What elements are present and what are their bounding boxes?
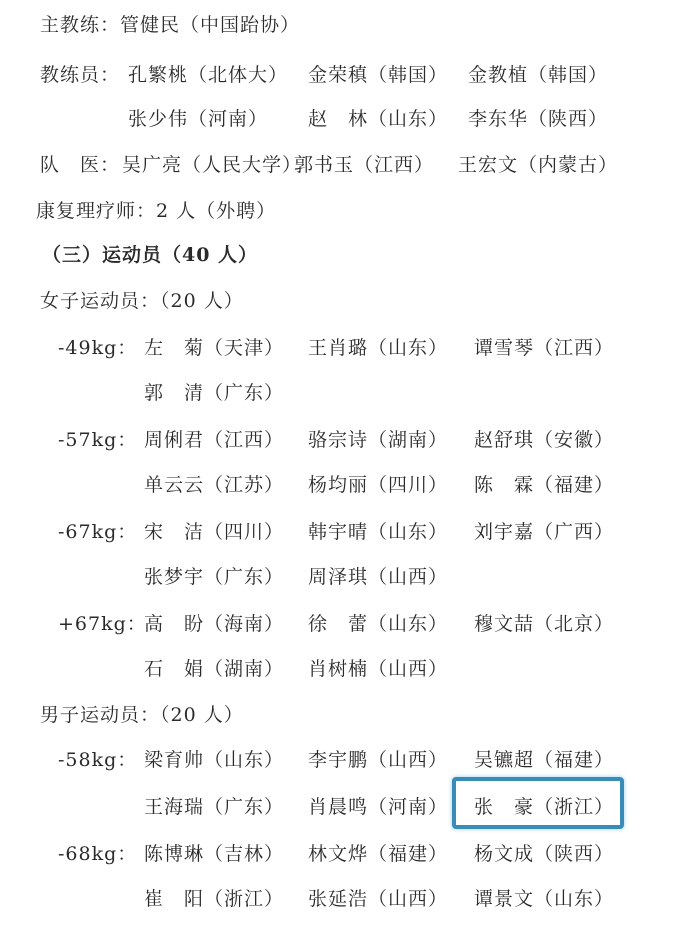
athlete-entry: 肖晨鸣（河南）: [308, 792, 448, 819]
athlete-entry: 陈博琳（吉林）: [144, 839, 284, 866]
athlete-entry: 宋 洁（四川）: [144, 517, 284, 544]
head-coach-line: 主教练：管健民（中国跆协）: [40, 10, 300, 37]
athlete-entry: 张梦宇（广东）: [144, 562, 284, 589]
weight-class-label: -49kg：: [58, 333, 137, 360]
coach-entry: 金教植（韩国）: [468, 60, 608, 87]
athlete-entry: 周俐君（江西）: [144, 425, 284, 452]
athlete-entry: 徐 蕾（山东）: [308, 609, 448, 636]
athlete-entry: 穆文喆（北京）: [474, 609, 614, 636]
athlete-entry: 赵舒琪（安徽）: [474, 425, 614, 452]
coach-entry: 孔繁桃（北体大）: [128, 60, 288, 87]
athletes-heading: （三）运动员（40 人）: [42, 240, 258, 267]
athlete-entry: 崔 阳（浙江）: [144, 884, 284, 911]
athlete-entry: 郭 清（广东）: [144, 378, 284, 405]
athlete-entry: 杨文成（陕西）: [474, 839, 614, 866]
athlete-entry: 高 盼（海南）: [144, 609, 284, 636]
coach-entry: 赵 林（山东）: [308, 104, 448, 131]
weight-class-label: +67kg：: [58, 609, 147, 636]
coach-entry: 张少伟（河南）: [128, 104, 268, 131]
doctor-entry: 吴广亮（人民大学）: [122, 150, 302, 177]
coach-entry: 李东华（陕西）: [468, 104, 608, 131]
athlete-entry: 谭雪琴（江西）: [474, 333, 614, 360]
athlete-entry: 张延浩（山西）: [308, 884, 448, 911]
athlete-entry: 李宇鹏（山西）: [308, 745, 448, 772]
men-heading: 男子运动员：（20 人）: [40, 700, 244, 727]
athlete-entry: 刘宇嘉（广西）: [474, 517, 614, 544]
athlete-entry: 单云云（江苏）: [144, 470, 284, 497]
athlete-entry: 王肖璐（山东）: [308, 333, 448, 360]
women-heading: 女子运动员：（20 人）: [40, 286, 244, 313]
head-coach-label: 主教练：: [40, 14, 120, 36]
therapists-value: 2 人（外聘）: [156, 200, 276, 222]
athlete-entry: 肖树楠（山西）: [308, 654, 448, 681]
athlete-entry: 谭景文（山东）: [474, 884, 614, 911]
coaches-label: 教练员：: [40, 60, 120, 87]
doctor-entry: 王宏文（内蒙古）: [458, 150, 618, 177]
athlete-entry: 陈 霖（福建）: [474, 470, 614, 497]
therapists-line: 康复理疗师：2 人（外聘）: [36, 196, 276, 223]
athlete-entry: 吴镳超（福建）: [474, 745, 614, 772]
therapists-label: 康复理疗师：: [36, 200, 156, 222]
doctor-entry: 郭书玉（江西）: [294, 150, 434, 177]
weight-class-label: -68kg：: [58, 839, 137, 866]
coach-entry: 金荣稹（韩国）: [308, 60, 448, 87]
athlete-entry: 韩宇晴（山东）: [308, 517, 448, 544]
athlete-entry: 杨均丽（四川）: [308, 470, 448, 497]
athlete-entry: 王海瑞（广东）: [144, 792, 284, 819]
athlete-entry: 左 菊（天津）: [144, 333, 284, 360]
head-coach-value: 管健民（中国跆协）: [120, 14, 300, 36]
athlete-entry: 石 娟（湖南）: [144, 654, 284, 681]
roster-document: 主教练：管健民（中国跆协） 教练员： 孔繁桃（北体大） 金荣稹（韩国） 金教植（…: [0, 0, 676, 927]
athlete-entry: 周泽琪（山西）: [308, 562, 448, 589]
weight-class-label: -67kg：: [58, 517, 137, 544]
athlete-entry: 骆宗诗（湖南）: [308, 425, 448, 452]
doctors-label: 队 医：: [40, 150, 120, 177]
highlighted-athlete-entry: 张 豪（浙江）: [474, 792, 614, 819]
athlete-entry: 林文烨（福建）: [308, 839, 448, 866]
weight-class-label: -58kg：: [58, 745, 137, 772]
weight-class-label: -57kg：: [58, 425, 137, 452]
athlete-entry: 梁育帅（山东）: [144, 745, 284, 772]
